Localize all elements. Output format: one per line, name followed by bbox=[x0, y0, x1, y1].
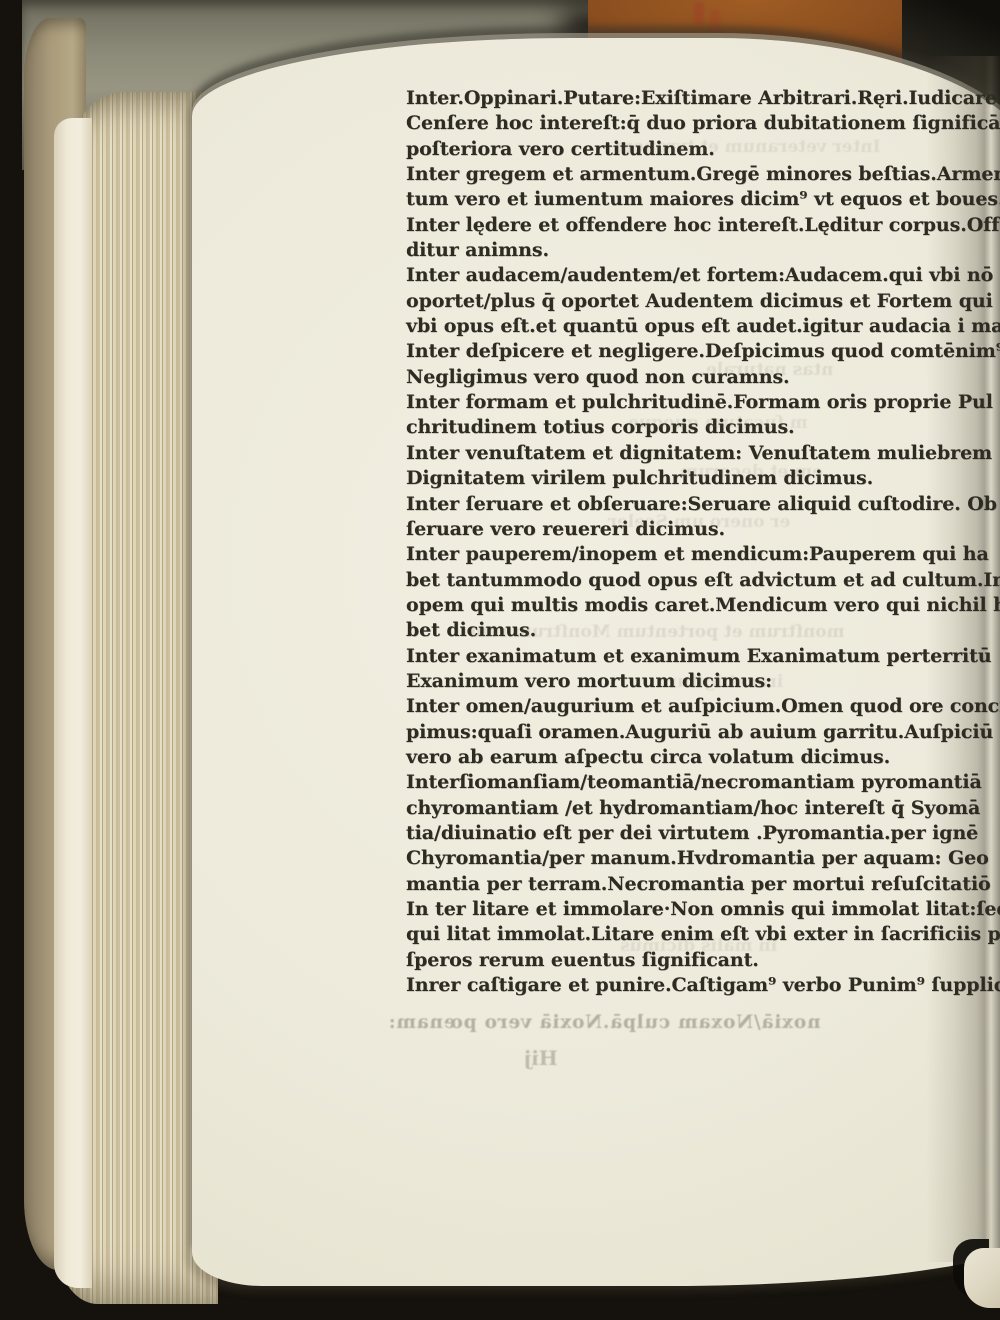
text-line: Inter.Oppinari.Putare:Exiſtimare Arbitra… bbox=[406, 86, 1000, 111]
text-line: vbi opus eſt.et quantū opus eſt audet.ig… bbox=[406, 314, 1000, 339]
text-line: mantia per terram.Necromantia per mortui… bbox=[406, 872, 1000, 897]
showthrough-fragment: er onero um Sceler bbox=[608, 512, 790, 532]
text-line: Inter lędere et offendere hoc intereſt.L… bbox=[406, 213, 1000, 238]
text-line: Inter pauperem/inopem et mendicum:Pauper… bbox=[406, 542, 1000, 567]
text-line: vero ab earum aſpectu circa volatum dici… bbox=[406, 745, 1000, 770]
showthrough-fragment: monſtrum et portentum Monſtrum rem bbox=[470, 622, 845, 642]
text-line: Interſiomanſiam/teomantiā/necromantiam p… bbox=[406, 770, 1000, 795]
showthrough-fragment: m ſucatum quoque bbox=[628, 413, 808, 433]
text-line: Inter exanimatum et exanimum Exanimatum … bbox=[406, 644, 1000, 669]
showthrough-line: noxiā/Noxam culpā.Noxiā vero pœnam: bbox=[388, 1012, 821, 1033]
showthrough-fragment: in malis dicimus bbox=[620, 936, 777, 956]
text-line: Inter gregem et armentum.Gregē minores b… bbox=[406, 162, 1000, 187]
text-line: Inter formam et pulchritudinē.Formam ori… bbox=[406, 390, 1000, 415]
text-line: chyromantiam /et hydromantiam/hoc intere… bbox=[406, 796, 1000, 821]
showthrough-fragment: ntas naturale. bbox=[700, 360, 833, 380]
text-line: Inrer caſtigare et punire.Caſtigam⁹ verb… bbox=[406, 973, 1000, 998]
text-line: Inter omen/augurium et auſpicium.Omen qu… bbox=[406, 694, 1000, 719]
text-line: bet tantummodo quod opus eſt advictum et… bbox=[406, 568, 1000, 593]
text-line: Cenſere hoc intereſt:q̄ duo priora dubit… bbox=[406, 111, 1000, 136]
text-line: oportet/plus q̄ oportet Audentem dicimus… bbox=[406, 289, 1000, 314]
text-line: tum vero et iumentum maiores dicim⁹ vt e… bbox=[406, 187, 1000, 212]
text-line: tia/diuinatio eſt per dei virtutem .Pyro… bbox=[406, 821, 1000, 846]
showthrough-fragment: iracet igitur bbox=[668, 672, 783, 692]
printed-text-block: Inter.Oppinari.Putare:Exiſtimare Arbitra… bbox=[406, 86, 1000, 998]
page-corner-curl bbox=[964, 1248, 1000, 1308]
text-line: opem qui multis modis caret.Mendicum ver… bbox=[406, 593, 1000, 618]
showthrough-signature: Hij bbox=[524, 1046, 558, 1070]
text-line: In ter litare et immolare·Non omnis qui … bbox=[406, 897, 1000, 922]
text-line: Inter audacem/audentem/et fortem:Audacem… bbox=[406, 263, 1000, 288]
showthrough-fragment: em et decorum bbox=[680, 462, 823, 482]
book-photo-scene: Inter.Oppinari.Putare:Exiſtimare Arbitra… bbox=[0, 0, 1000, 1320]
showthrough-fragment: Inter veteranum et tyronem bbox=[615, 137, 881, 157]
page-stack-highlight bbox=[54, 118, 92, 1288]
text-line: pimus:quaſi oramen.Auguriū ab auium garr… bbox=[406, 720, 1000, 745]
text-line: ditur animns. bbox=[406, 238, 1000, 263]
text-line: Chyromantia/per manum.Hvdromantia per aq… bbox=[406, 846, 1000, 871]
red-ink-mark bbox=[694, 2, 704, 26]
